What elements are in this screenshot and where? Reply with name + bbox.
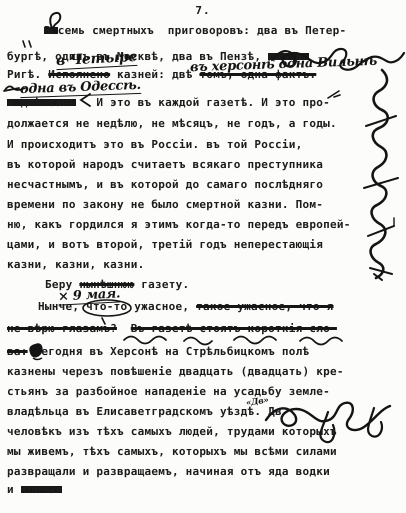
- typed-line: и двѣ самъ И это въ каждой газетѣ. И это…: [7, 96, 330, 109]
- typed-line: И происходитъ это въ Россіи. въ той Росс…: [7, 138, 303, 151]
- typed-line: развращали и развращаемъ, начиная отъ яд…: [7, 465, 330, 478]
- typed-line: ва: Сегодня въ Херсонѣ на Стрѣльбицкомъ …: [7, 345, 309, 358]
- tick-mark-icon: [100, 317, 108, 325]
- typed-line: времени по закону не было смертной казни…: [7, 198, 323, 211]
- typed-text: семь смертныхъ приговоровъ: два въ Петер…: [58, 24, 347, 37]
- typed-text: въ которой народъ считаетъ всякаго прест…: [7, 158, 323, 171]
- typed-text: времени по закону не было смертной казни…: [7, 198, 323, 211]
- marginal-scrawl-icon: [356, 68, 402, 282]
- typed-line: цами, и вотъ второй, третій годъ неперес…: [7, 238, 323, 251]
- struck-text: ва:: [7, 345, 28, 358]
- typed-line: ню, какъ гордился я этимъ когда-то перед…: [7, 218, 351, 231]
- typed-text: несчастнымъ, и въ которой до самаго посл…: [7, 178, 323, 191]
- typed-text: Сегодня въ Херсонѣ на Стрѣльбицкомъ полѣ: [28, 345, 310, 358]
- manuscript-page: 7. Восемь смертныхъ приговоровъ: два въ …: [0, 0, 406, 513]
- typed-text: И это въ каждой газетѣ. И это про-: [76, 96, 330, 109]
- struck-text: такое ужасное, что я: [196, 300, 333, 313]
- typed-text: ню, какъ гордился я этимъ когда-то перед…: [7, 218, 351, 231]
- typed-text: развращали и развращаемъ, начиная отъ яд…: [7, 465, 330, 478]
- circled-word-mark-icon: [82, 298, 134, 318]
- typed-text: цами, и вотъ второй, третій годъ неперес…: [7, 238, 323, 251]
- typed-line: казнены черезъ повѣшеніе двадцать (двадц…: [7, 365, 344, 378]
- handwritten-insertion-four: в Четыре: [56, 49, 138, 70]
- typed-line: казни, казни, казни.: [7, 258, 144, 271]
- typed-text: казнены черезъ повѣшеніе двадцать (двадц…: [7, 365, 344, 378]
- overwrite-scrawl-large-icon: [262, 394, 406, 442]
- correction-loop-icon: [46, 10, 64, 34]
- typed-line: и кончая: [7, 483, 62, 496]
- typed-line: мы живемъ, тѣхъ самыхъ, которыхъ мы всѣм…: [7, 445, 337, 458]
- overwrite-scrawl-icon: [268, 40, 406, 70]
- typed-text: должается не недѣлю, не мѣсяцъ, не годъ,…: [7, 117, 337, 130]
- typed-text: газету.: [134, 278, 189, 291]
- struck-text: и двѣ самъ: [7, 96, 76, 109]
- typed-text: Ригѣ.: [7, 68, 48, 81]
- typed-text: владѣльца въ Елисаветградскомъ уѣздѣ. Дв: [7, 405, 282, 418]
- typed-line: должается не недѣлю, не мѣсяцъ, не годъ,…: [7, 117, 337, 130]
- struck-scribble-icon: [3, 83, 21, 95]
- overwritten-letter-blob-icon: [29, 342, 45, 360]
- struck-text: кончая: [21, 483, 62, 496]
- typed-line: въ которой народъ считаетъ всякаго прест…: [7, 158, 323, 171]
- typed-line: Восемь смертныхъ приговоровъ: два въ Пет…: [44, 24, 346, 37]
- typed-text: казни, казни, казни.: [7, 258, 144, 271]
- typed-line: несчастнымъ, и въ которой до самаго посл…: [7, 178, 323, 191]
- typed-text: мы живемъ, тѣхъ самыхъ, которыхъ мы всѣм…: [7, 445, 337, 458]
- insertion-caret-icon: [78, 92, 92, 108]
- typed-line: владѣльца въ Елисаветградскомъ уѣздѣ. Дв: [7, 405, 282, 418]
- typed-text: И происходитъ это въ Россіи. въ той Росс…: [7, 138, 303, 151]
- line-end-mark-icon: [326, 88, 342, 100]
- typed-text: и: [7, 483, 21, 496]
- caret-mark-icon: [21, 39, 33, 49]
- wavy-strike-icon: [122, 334, 350, 346]
